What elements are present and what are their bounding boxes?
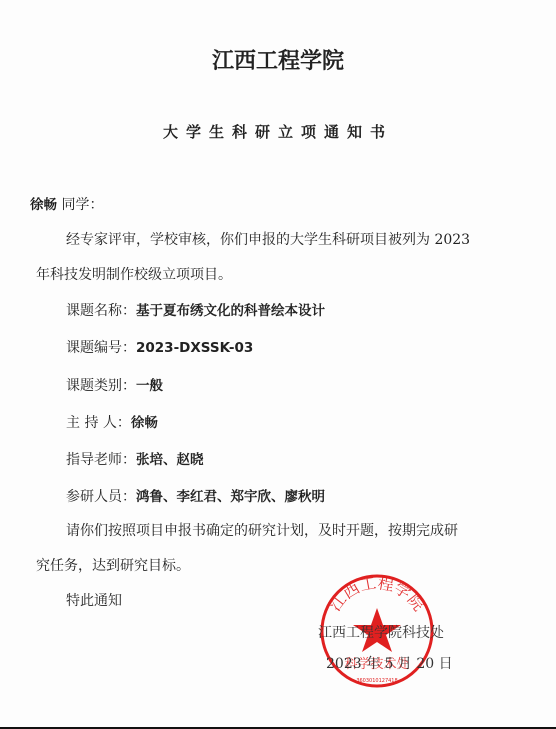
- field-project-name: 课题名称：基于夏布绣文化的科普绘本设计: [66, 299, 325, 320]
- field-value: 一般: [136, 378, 163, 394]
- field-label: 参研人员：: [66, 486, 136, 506]
- organization-title: 江西工程学院: [0, 44, 556, 75]
- field-participants: 参研人员：鸿鲁、李红君、郑宇欣、廖秋明: [66, 485, 325, 506]
- field-label: 课题类别：: [66, 375, 136, 395]
- field-value: 基于夏布绣文化的科普绘本设计: [136, 303, 325, 319]
- recipient-name: 徐畅: [30, 197, 57, 213]
- field-label: 课题编号：: [66, 337, 136, 357]
- issuing-office: 江西工程学院科技处: [318, 622, 444, 642]
- salutation: 徐畅 同学：: [30, 193, 103, 214]
- field-label: 主 持 人：: [66, 412, 131, 432]
- field-label: 指导老师：: [66, 449, 136, 469]
- field-value: 2023-DXSSK-03: [136, 340, 253, 356]
- paragraph-2-line-1: 请你们按照项目申报书确定的研究计划，及时开题，按期完成研: [66, 520, 458, 540]
- document-title: 大学生科研立项通知书: [0, 121, 556, 142]
- field-advisors: 指导老师：张培、赵晓: [66, 448, 204, 469]
- field-value: 徐畅: [131, 415, 158, 431]
- field-project-category: 课题类别：一般: [66, 374, 163, 395]
- field-host: 主 持 人：徐畅: [66, 411, 158, 432]
- field-value: 鸿鲁、李红君、郑宇欣、廖秋明: [136, 489, 325, 505]
- field-project-number: 课题编号：2023-DXSSK-03: [66, 337, 253, 357]
- field-label: 课题名称：: [66, 300, 136, 320]
- issue-date: 2023 年 5 月 20 日: [326, 653, 453, 673]
- paragraph-1-line-2: 年科技发明制作校级立项项目。: [36, 264, 232, 284]
- closing-text: 特此通知: [66, 590, 122, 610]
- salutation-suffix: 同学：: [57, 197, 103, 213]
- field-value: 张培、赵晓: [136, 452, 204, 468]
- document-page: 江西工程学院 大学生科研立项通知书 徐畅 同学： 经专家评审，学校审核，你们申报…: [0, 0, 556, 729]
- svg-text:3603010127418: 3603010127418: [356, 678, 397, 684]
- paragraph-1-line-1: 经专家评审，学校审核，你们申报的大学生科研项目被列为 2023: [66, 229, 470, 249]
- paragraph-2-line-2: 究任务，达到研究目标。: [36, 555, 190, 575]
